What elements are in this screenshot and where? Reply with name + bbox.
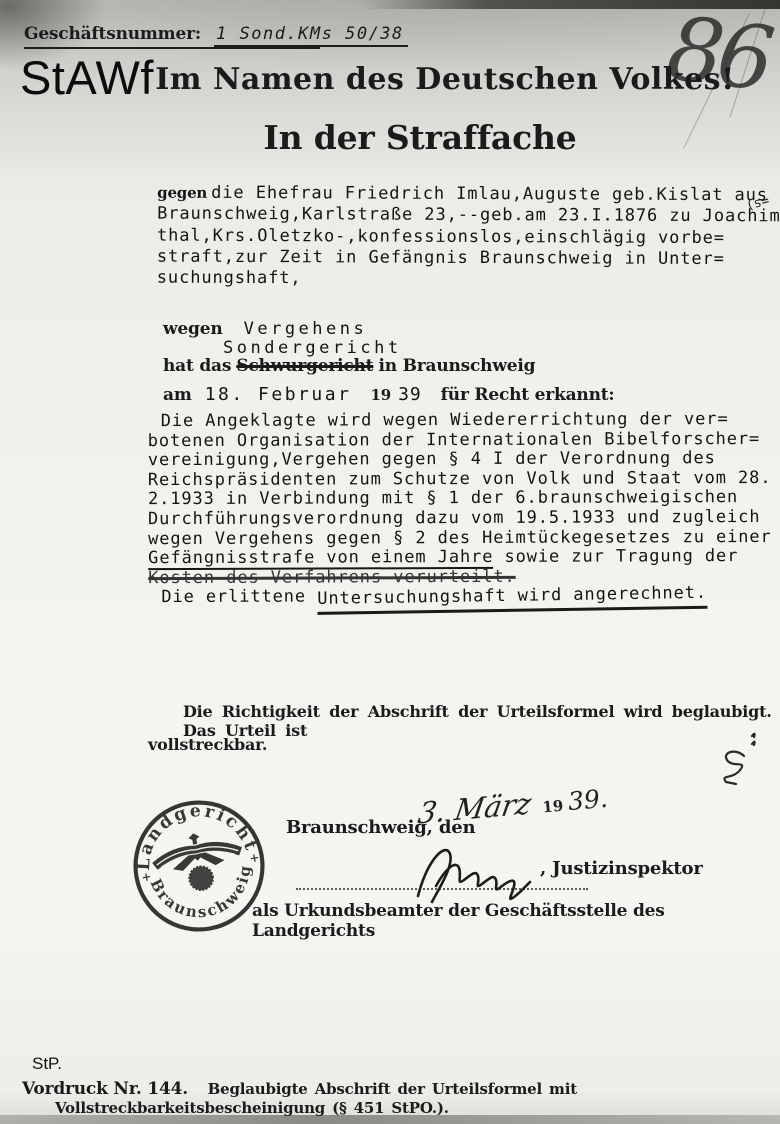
court-seal-stamp: Landgericht Braunschweig + + xyxy=(130,797,268,935)
handwritten-day-month: 3. März xyxy=(416,786,534,830)
signer-title-label: , Justizinspektor xyxy=(540,858,703,879)
handwritten-paraph xyxy=(700,730,772,788)
signature-scribble xyxy=(412,838,552,908)
document-title: Im Namen des Deutschen Volkes! xyxy=(150,62,740,97)
footer-form-number: Vordruck Nr. 144. xyxy=(22,1079,188,1099)
certification-line1: Die Richtigkeit der Abschrift der Urteil… xyxy=(183,702,780,740)
case-number-line: Geschäftsnummer: 1 Sond.KMs 50/38 xyxy=(24,24,320,49)
charge-line-court: hat das Schwurgericht in Braunschweig xyxy=(163,357,535,376)
date-year-typed: 39 xyxy=(398,384,421,405)
hat-das-label: hat das xyxy=(163,356,231,376)
defendant-line: Braunschweig,Karlstraße 23,--geb.am 23.I… xyxy=(157,204,780,228)
defendant-paragraph: gegendie Ehefrau Friedrich Imlau,Auguste… xyxy=(157,183,780,292)
wegen-label: wegen xyxy=(163,319,223,339)
handwritten-year: 39. xyxy=(567,784,609,816)
sondergericht-typed: Sondergericht xyxy=(223,338,402,358)
defendant-line: straft,zur Zeit in Gefängnis Braunschwei… xyxy=(157,246,780,270)
verdict-line-sentence: Gefängnisstrafe von einem Jahre sowie zu… xyxy=(148,547,780,569)
date-day-month-typed: 18. Februar xyxy=(205,384,352,405)
handwritten-date: 3. März 19 39. xyxy=(417,780,609,830)
charge-line-wegen: wegen Vergehens xyxy=(163,320,535,339)
defendant-line: gegendie Ehefrau Friedrich Imlau,Auguste… xyxy=(157,183,780,207)
case-number-value: 1 Sond.KMs 50/38 xyxy=(214,24,408,47)
credit-underlined: Untersuchungshaft wird angerechnet. xyxy=(317,584,707,615)
certification-line2: vollstreckbar. xyxy=(148,735,267,754)
defendant-line: thal,Krs.Oletzko-,konfessionslos,einschl… xyxy=(157,225,780,249)
schwurgericht-struck: Schwurgericht xyxy=(236,356,373,376)
archive-watermark: StAWf xyxy=(20,50,154,105)
date-century-printed: 19 xyxy=(371,386,391,404)
scanned-court-judgment: Geschäftsnummer: 1 Sond.KMs 50/38 StAWf … xyxy=(0,0,780,1124)
seal-left-mark: + xyxy=(140,869,152,884)
costs-struck: Kosten des Verfahrens verurteilt. xyxy=(148,567,516,588)
printed-century: 19 xyxy=(542,797,564,817)
charge-block: wegen Vergehens Sondergericht hat das Sc… xyxy=(163,320,535,376)
am-label: am xyxy=(163,385,192,405)
in-braunschweig-label: in Braunschweig xyxy=(378,356,535,376)
offense-typed: Vergehens xyxy=(244,319,368,339)
verdict-line-credit: Die erlittene Untersuchungshaft wird ang… xyxy=(148,586,780,613)
defendant-line: suchungshaft, xyxy=(157,268,780,292)
gegen-label: gegen xyxy=(157,184,207,202)
footer-stp: StP. xyxy=(32,1054,62,1074)
footer-description-1: Beglaubigte Abschrift der Urteilsformel … xyxy=(208,1080,577,1098)
case-number-label: Geschäftsnummer: xyxy=(24,24,201,44)
fuer-recht-erkannt-label: für Recht erkannt: xyxy=(441,385,615,405)
charge-line-court-inserted: Sondergericht xyxy=(163,339,535,358)
verdict-paragraph: Die Angeklagte wird wegen Wiedererrichtu… xyxy=(148,410,780,613)
seal-right-mark: + xyxy=(248,850,260,865)
footer-form-line: Vordruck Nr. 144. Beglaubigte Abschrift … xyxy=(22,1079,577,1099)
attestation-line: als Urkundsbeamter der Geschäftsstelle d… xyxy=(252,901,780,941)
footer-description-2: Vollstreckbarkeitsbescheinigung (§ 451 S… xyxy=(55,1099,449,1117)
document-subtitle: In der Straffache xyxy=(240,118,600,157)
judgment-date-line: am 18. Februar 19 39 für Recht erkannt: xyxy=(163,384,614,405)
